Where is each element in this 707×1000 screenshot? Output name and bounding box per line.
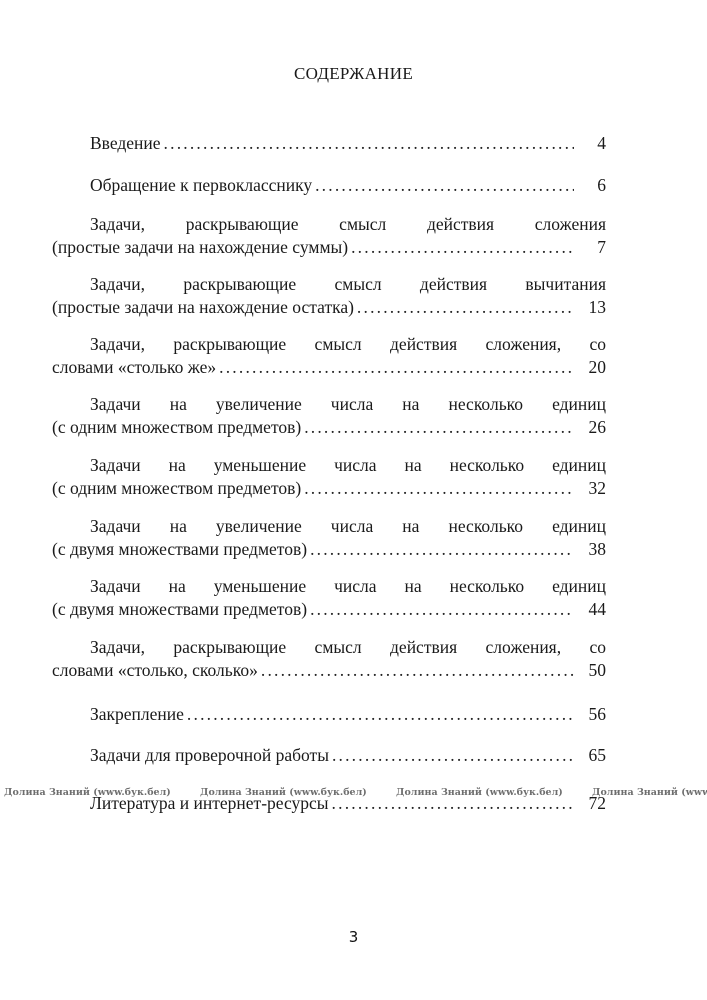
toc-entry-title-line: Задачи на уменьшение числа на несколько …	[52, 575, 606, 598]
toc-entry-last-line: Обращение к первокласснику6	[52, 174, 606, 197]
toc-entry-page: 38	[586, 538, 606, 561]
toc-entry-title-line: Задачи на увеличение числа на несколько …	[52, 515, 606, 538]
toc-entry-title-line: Задачи, раскрывающие смысл действия слож…	[52, 636, 606, 659]
toc-entry-page: 20	[586, 356, 606, 379]
dot-leader	[310, 538, 574, 561]
dot-leader	[357, 296, 574, 319]
dot-leader	[304, 477, 574, 500]
toc-entry-title: Введение	[90, 132, 161, 155]
dot-leader	[332, 744, 574, 767]
dot-leader	[187, 703, 574, 726]
toc-entry[interactable]: Обращение к первокласснику6	[52, 174, 606, 197]
toc-entry[interactable]: Задачи на увеличение числа на несколько …	[52, 393, 606, 439]
dot-leader	[332, 792, 574, 815]
dot-leader	[315, 174, 574, 197]
page-title: СОДЕРЖАНИЕ	[0, 64, 707, 84]
toc-entry[interactable]: Задачи, раскрывающие смысл действия слож…	[52, 213, 606, 259]
toc-entry-title: (с одним множеством предметов)	[52, 477, 301, 500]
toc-entry-page: 32	[586, 477, 606, 500]
toc-entry-page: 4	[586, 132, 606, 155]
toc-entry-last-line: (с двумя множествами предметов)44	[52, 598, 606, 621]
toc-entry-title-line: Задачи, раскрывающие смысл действия слож…	[52, 213, 606, 236]
toc-entry-title: Закрепление	[90, 703, 184, 726]
toc-entry-title: Задачи для проверочной работы	[90, 744, 329, 767]
toc-entry-title-line: Задачи на увеличение числа на несколько …	[52, 393, 606, 416]
toc-entry-title: (простые задачи на нахождение остатка)	[52, 296, 354, 319]
toc-entry-page: 26	[586, 416, 606, 439]
toc-entry-title: словами «столько же»	[52, 356, 216, 379]
toc-entry[interactable]: Введение4	[52, 132, 606, 155]
toc-entry-last-line: (с одним множеством предметов)26	[52, 416, 606, 439]
toc-entry-last-line: (с двумя множествами предметов)38	[52, 538, 606, 561]
toc-entry-title: (с двумя множествами предметов)	[52, 598, 307, 621]
toc-entry-last-line: (простые задачи на нахождение остатка)13	[52, 296, 606, 319]
toc-entry-page: 6	[586, 174, 606, 197]
toc-entry-page: 7	[586, 236, 606, 259]
toc-entry-page: 65	[586, 744, 606, 767]
toc-entry-last-line: Введение4	[52, 132, 606, 155]
toc-entry[interactable]: Задачи на уменьшение числа на несколько …	[52, 454, 606, 500]
toc-entry[interactable]: Закрепление56	[52, 703, 606, 726]
toc-entry-title: (простые задачи на нахождение суммы)	[52, 236, 348, 259]
toc-entry[interactable]: Задачи для проверочной работы65	[52, 744, 606, 767]
toc-entry-page: 56	[586, 703, 606, 726]
dot-leader	[261, 659, 574, 682]
toc-entry-last-line: (простые задачи на нахождение суммы)7	[52, 236, 606, 259]
toc-entry-title-line: Задачи на уменьшение числа на несколько …	[52, 454, 606, 477]
toc-entry-last-line: Закрепление56	[52, 703, 606, 726]
toc-entry[interactable]: Задачи, раскрывающие смысл действия вычи…	[52, 273, 606, 319]
toc-entry-title: словами «столько, сколько»	[52, 659, 258, 682]
dot-leader	[351, 236, 574, 259]
toc-entry[interactable]: Литература и интернет-ресурсы72	[52, 792, 606, 815]
toc-entry[interactable]: Задачи на увеличение числа на несколько …	[52, 515, 606, 561]
toc-entry-last-line: (с одним множеством предметов)32	[52, 477, 606, 500]
page-number: 3	[0, 928, 707, 946]
toc-entry-page: 13	[586, 296, 606, 319]
toc-entry-title: (с одним множеством предметов)	[52, 416, 301, 439]
toc-entry-page: 50	[586, 659, 606, 682]
toc-entry-title: (с двумя множествами предметов)	[52, 538, 307, 561]
toc-entry-last-line: Литература и интернет-ресурсы72	[52, 792, 606, 815]
toc-entry-title-line: Задачи, раскрывающие смысл действия вычи…	[52, 273, 606, 296]
watermark-text: Долина Знаний (www.бук.бел)	[592, 787, 707, 798]
toc-entry-last-line: Задачи для проверочной работы65	[52, 744, 606, 767]
toc-entry[interactable]: Задачи на уменьшение числа на несколько …	[52, 575, 606, 621]
toc-entry[interactable]: Задачи, раскрывающие смысл действия слож…	[52, 333, 606, 379]
toc-entry-last-line: словами «столько же»20	[52, 356, 606, 379]
toc-entry[interactable]: Задачи, раскрывающие смысл действия слож…	[52, 636, 606, 682]
toc-entry-page: 44	[586, 598, 606, 621]
toc-entry-last-line: словами «столько, сколько»50	[52, 659, 606, 682]
dot-leader	[310, 598, 574, 621]
dot-leader	[164, 132, 574, 155]
toc-entry-title: Обращение к первокласснику	[90, 174, 312, 197]
dot-leader	[304, 416, 574, 439]
toc-entry-page: 72	[586, 792, 606, 815]
toc-entry-title: Литература и интернет-ресурсы	[90, 792, 329, 815]
toc-entry-title-line: Задачи, раскрывающие смысл действия слож…	[52, 333, 606, 356]
dot-leader	[219, 356, 574, 379]
